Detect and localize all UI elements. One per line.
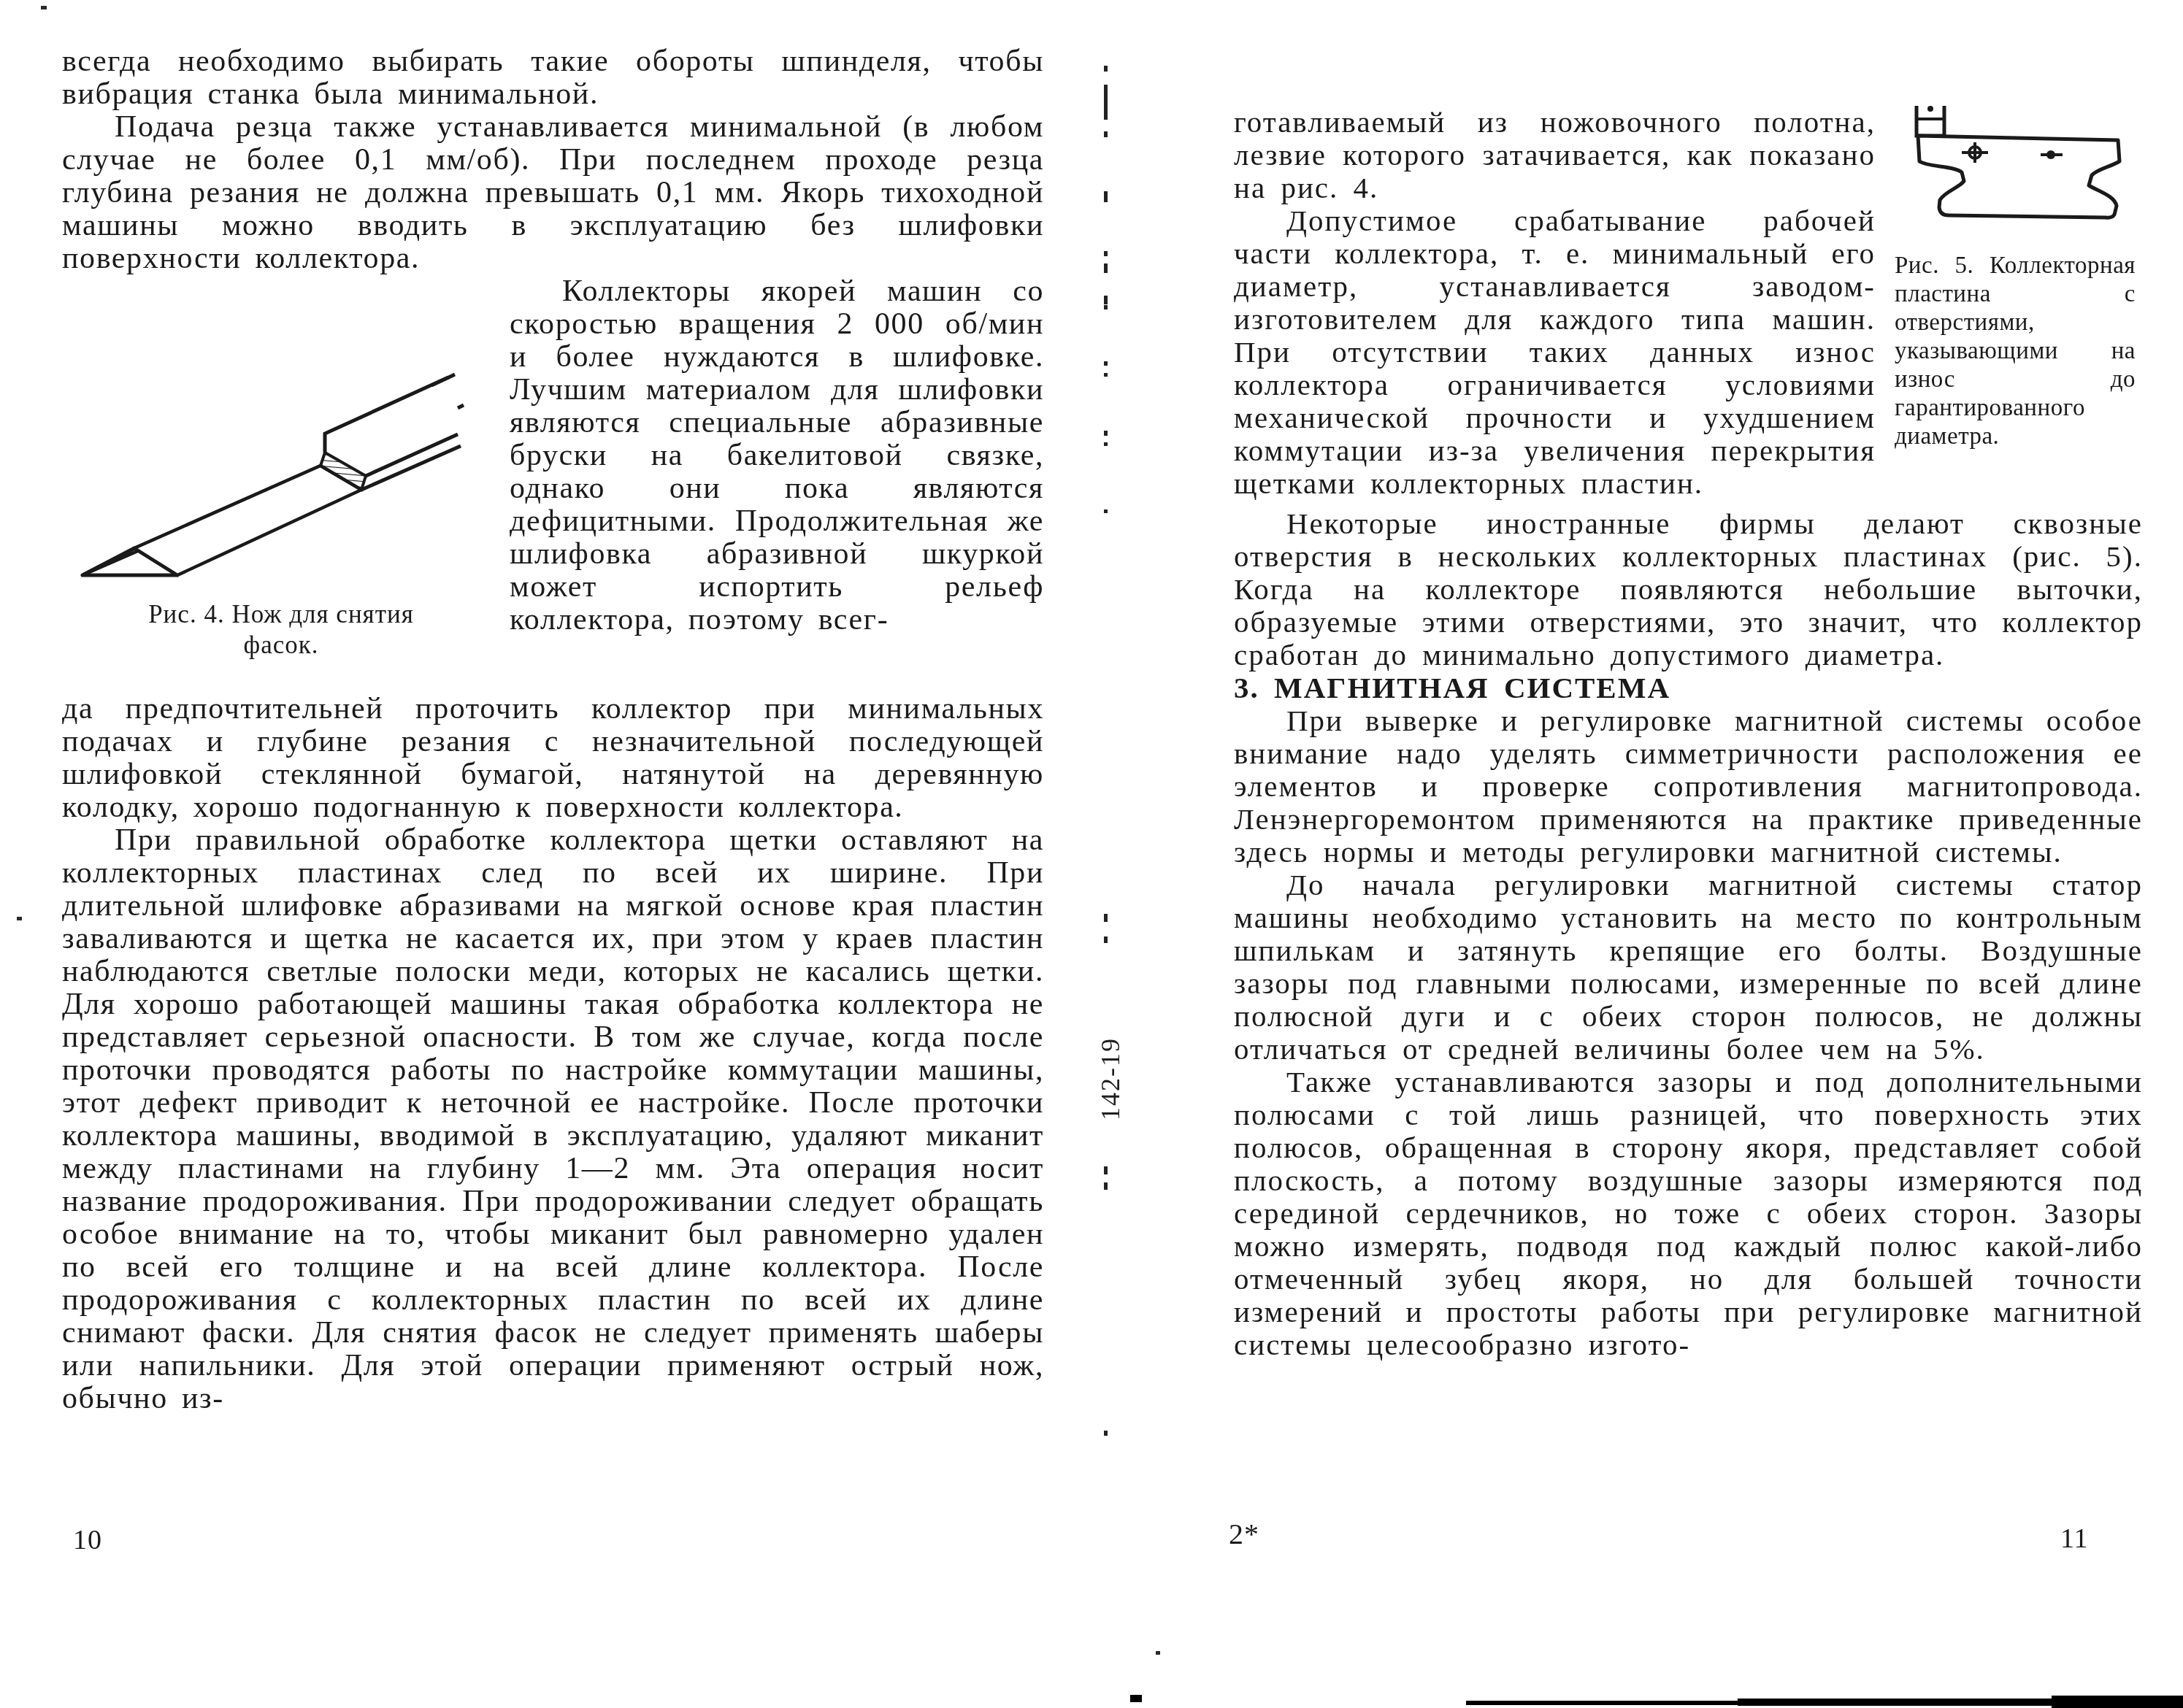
page-number-right: 11 bbox=[2060, 1523, 2089, 1555]
gutter-fold-mark bbox=[1104, 1166, 1108, 1174]
scan-speck bbox=[41, 6, 47, 9]
gutter-fold-mark bbox=[1104, 131, 1108, 137]
section-heading: 3. МАГНИТНАЯ СИСТЕМА bbox=[1234, 672, 2143, 704]
figure-4-caption: Рис. 4. Нож для снятия фасок. bbox=[113, 599, 449, 661]
gutter-fold-mark bbox=[1104, 251, 1108, 256]
paragraph: Некоторые иностранные фирмы делают сквоз… bbox=[1234, 507, 2143, 672]
gutter-fold-mark bbox=[1104, 305, 1108, 309]
fig4-knife-drawing bbox=[66, 361, 464, 580]
paragraph: Подача резца также устанавливается миним… bbox=[62, 111, 1044, 275]
gutter-fold-mark bbox=[1104, 191, 1108, 202]
paragraph: всегда необходимо выбирать такие обороты… bbox=[62, 45, 1044, 111]
scan-speck bbox=[17, 917, 22, 920]
gutter-fold-mark bbox=[1104, 361, 1108, 366]
paragraph: При правильной обработке коллектора щетк… bbox=[62, 824, 1044, 1415]
paragraph: При выверке и регулировке магнитной сист… bbox=[1234, 704, 2143, 869]
gutter-fold-mark bbox=[1104, 85, 1108, 117]
figure-4: Рис. 4. Нож для снятия фасок. bbox=[62, 275, 489, 693]
right-page: Рис. 5. Коллекторная пластина с отверсти… bbox=[1234, 106, 2143, 1547]
gutter-stamp: 142-19 bbox=[1095, 1018, 1127, 1120]
gutter-fold-mark bbox=[1104, 115, 1108, 120]
gutter-fold-mark bbox=[1104, 66, 1108, 72]
gutter-fold-mark bbox=[1104, 373, 1108, 377]
signature-mark: 2* bbox=[1229, 1517, 1259, 1551]
paragraph: да предпочтительней проточить коллектор … bbox=[62, 693, 1044, 824]
scan-speck bbox=[1156, 1651, 1160, 1655]
scan-edge-bar bbox=[2052, 1696, 2183, 1708]
gutter-fold-mark bbox=[1104, 1182, 1108, 1190]
figure-5-caption: Рис. 5. Коллекторная пластина с отверсти… bbox=[1895, 252, 2136, 451]
paragraph: До начала регулировки магнитной системы … bbox=[1234, 869, 2143, 1066]
gutter-fold-mark bbox=[1104, 936, 1108, 943]
gutter-fold-mark bbox=[1104, 263, 1108, 273]
gutter-fold-mark bbox=[1104, 509, 1108, 513]
gutter-fold-mark bbox=[1104, 431, 1108, 436]
gutter-fold-mark bbox=[1104, 1431, 1108, 1436]
scan-edge-bar bbox=[1130, 1695, 1142, 1702]
gutter-fold-mark bbox=[1104, 296, 1108, 304]
left-page: всегда необходимо выбирать такие обороты… bbox=[62, 45, 1044, 1512]
gutter-stamp-text: 142-19 bbox=[1095, 1018, 1127, 1120]
gutter-fold-mark bbox=[1104, 914, 1108, 922]
paragraph: Также устанавливаются зазоры и под допол… bbox=[1234, 1066, 2143, 1361]
figure-5: Рис. 5. Коллекторная пластина с отверсти… bbox=[1895, 106, 2143, 507]
gutter-fold-mark bbox=[1104, 442, 1108, 446]
fig5-plate-drawing bbox=[1898, 106, 2138, 223]
page-number-left: 10 bbox=[73, 1524, 102, 1556]
book-spread: всегда необходимо выбирать такие обороты… bbox=[0, 0, 2183, 1708]
